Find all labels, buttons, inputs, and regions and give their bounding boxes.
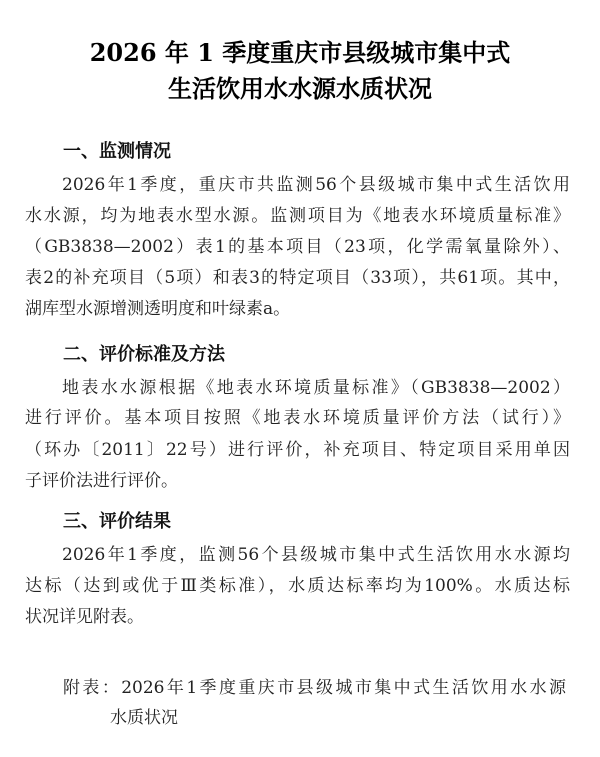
paragraph-line: （环办〔2011〕22号）进行评价，补充项目、特定项目采用单因 xyxy=(25,438,570,462)
appendix-line: 附表：2026年1季度重庆市县级城市集中式生活饮用水水源 xyxy=(63,676,566,700)
paragraph-line: 湖库型水源增测透明度和叶绿素a。 xyxy=(25,297,570,321)
document-title-line-2: 生活饮用水水源水质状况 xyxy=(0,73,600,105)
paragraph-line: 2026年1季度，重庆市共监测56个县级城市集中式生活饮用 xyxy=(62,173,570,197)
paragraph-line: 2026年1季度，监测56个县级城市集中式生活饮用水水源均 xyxy=(62,543,570,567)
document-title-line-1: 2026 年 1 季度重庆市县级城市集中式 xyxy=(0,37,600,69)
paragraph-line: 进行评价。基本项目按照《地表水环境质量评价方法（试行）》 xyxy=(25,406,570,430)
section-heading: 三、评价结果 xyxy=(63,510,171,534)
appendix-line: 水质状况 xyxy=(110,706,310,730)
paragraph-line: 表2的补充项目（5项）和表3的特定项目（33项），共61项。其中， xyxy=(25,266,570,290)
paragraph-line: 地表水水源根据《地表水环境质量标准》（GB3838—2002） xyxy=(62,376,570,400)
paragraph-line: 子评价法进行评价。 xyxy=(25,469,570,493)
section-heading: 一、监测情况 xyxy=(63,140,171,164)
paragraph-line: 状况详见附表。 xyxy=(25,605,570,629)
paragraph-line: 水水源，均为地表水型水源。监测项目为《地表水环境质量标准》 xyxy=(25,204,570,228)
paragraph-line: 达标（达到或优于Ⅲ类标准），水质达标率均为100%。水质达标 xyxy=(25,574,570,598)
paragraph-line: （GB3838—2002）表1的基本项目（23项，化学需氧量除外）、 xyxy=(25,235,570,259)
section-heading: 二、评价标准及方法 xyxy=(63,343,225,367)
